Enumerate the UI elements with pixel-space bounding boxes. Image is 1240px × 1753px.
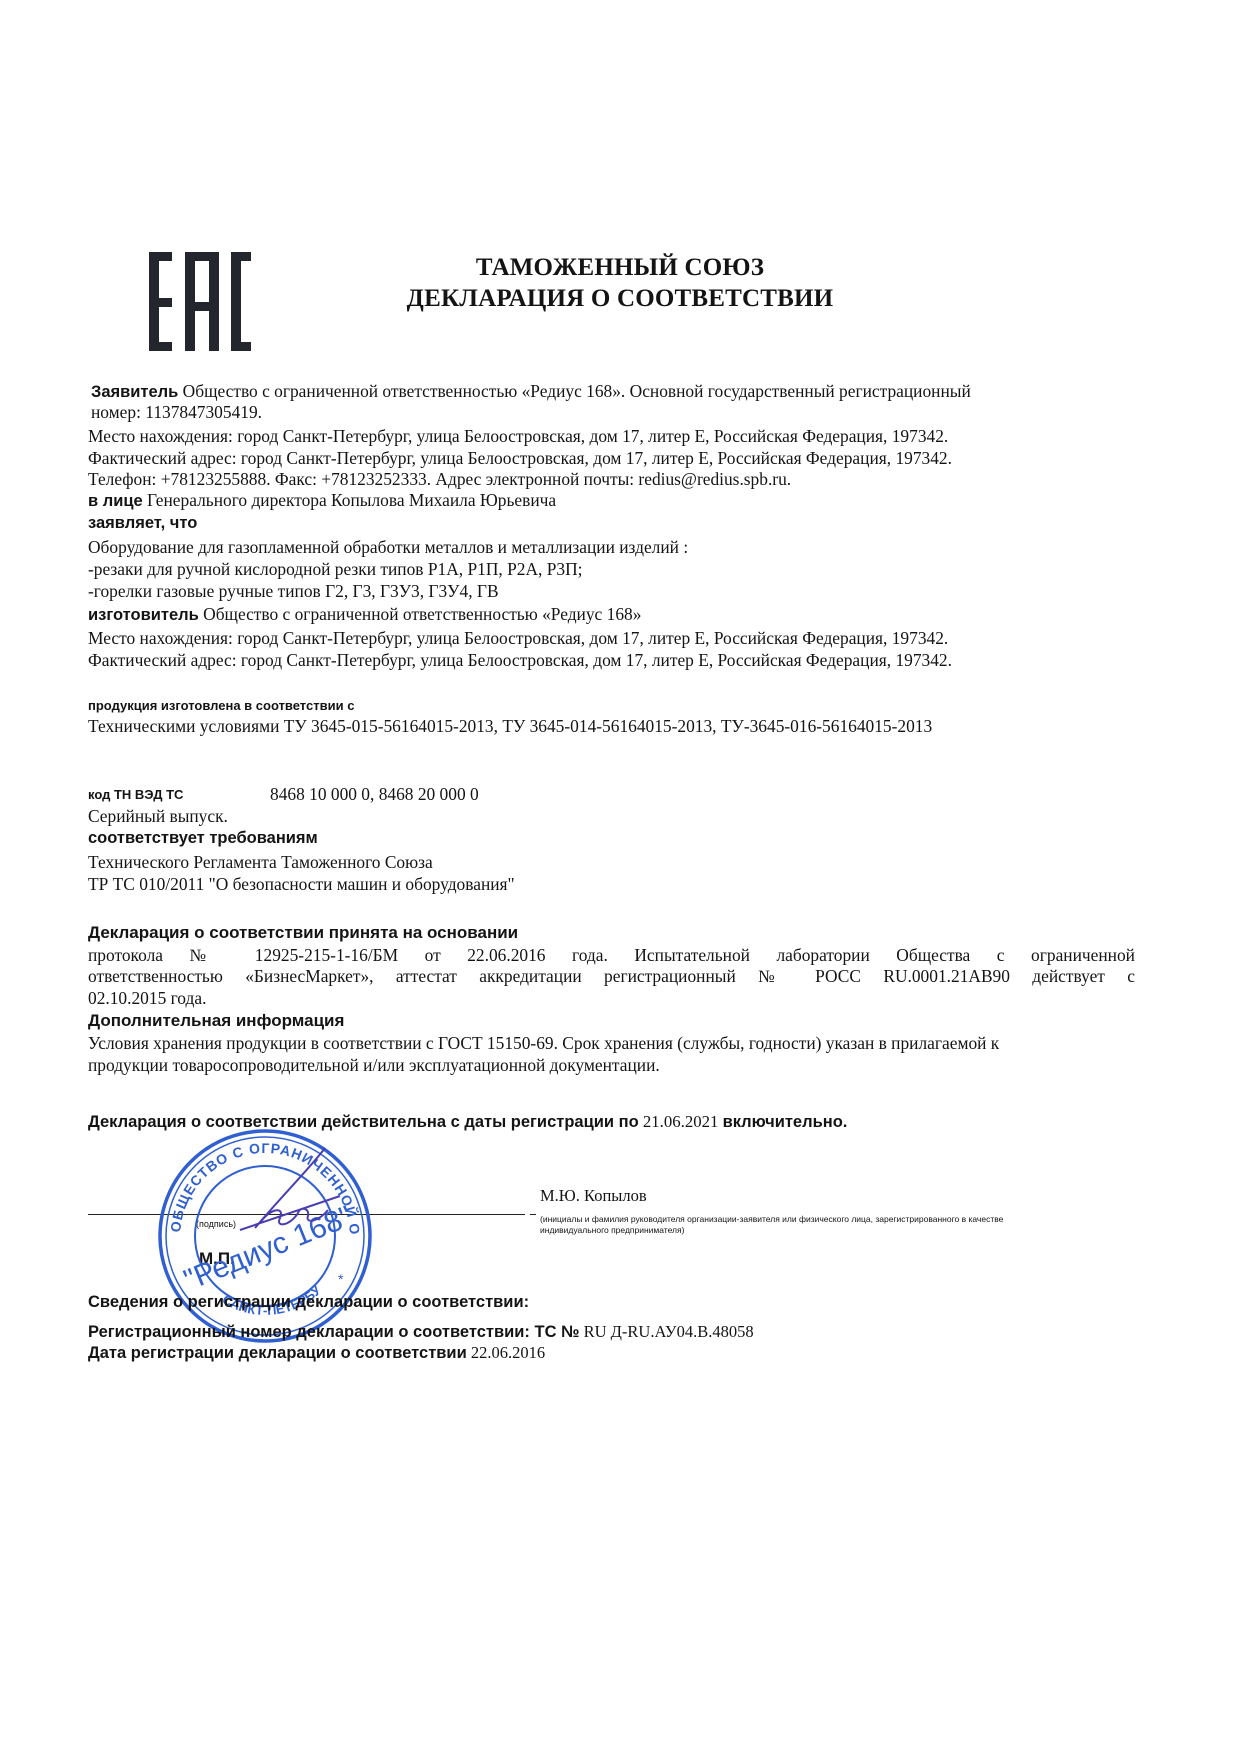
product-description: Оборудование для газопламенной обработки… [88,537,688,558]
requirements-line1: Технического Регламента Таможенного Союз… [88,852,433,873]
manufactured-per-label: продукция изготовлена в соответствии с [88,698,354,713]
registration-number-label: Регистрационный номер декларации о соотв… [88,1323,579,1341]
declares-label: заявляет, что [88,514,197,533]
requirements-line2: ТР ТС 010/2011 "О безопасности машин и о… [88,874,515,895]
registration-number-line: Регистрационный номер декларации о соотв… [88,1322,754,1342]
manufacturer-actual-address: Фактический адрес: город Санкт-Петербург… [88,650,952,671]
additional-info-line2: продукции товаросопроводительной и/или э… [88,1055,660,1076]
applicant-contacts: Телефон: +78123255888. Факс: +7812325233… [88,469,791,490]
applicant-label: Заявитель [91,383,178,401]
product-item-burners: -горелки газовые ручные типов Г2, Г3, Г3… [88,581,499,602]
product-item-cutters: -резаки для ручной кислородной резки тип… [88,559,582,580]
registration-date-value: 22.06.2016 [471,1343,545,1362]
basis-line1: протокола № 12925-215-1-16/БМ от 22.06.2… [88,945,1135,966]
signer-name: М.Ю. Копылов [540,1186,647,1206]
manufacturer-label: изготовитель [88,606,199,624]
tn-ved-label: код ТН ВЭД ТС [88,787,183,802]
applicant-ogrn: номер: 1137847305419. [91,402,262,423]
applicant-line: Заявитель Общество с ограниченной ответс… [91,381,971,402]
registration-heading: Сведения о регистрации декларации о соот… [88,1293,529,1312]
manufacturer-location: Место нахождения: город Санкт-Петербург,… [88,628,948,649]
requirements-label: соответствует требованиям [88,829,318,848]
represented-line: в лице Генерального директора Копылова М… [88,490,556,511]
signer-caption-line1: (инициалы и фамилия руководителя организ… [540,1214,1003,1225]
additional-info-line1: Условия хранения продукции в соответстви… [88,1033,999,1054]
validity-suffix: включительно. [723,1113,848,1131]
represented-label: в лице [88,492,143,510]
applicant-name: Общество с ограниченной ответственностью… [183,381,971,401]
manufacturer-line: изготовитель Общество с ограниченной отв… [88,604,641,625]
eac-logo-icon [147,250,252,353]
registration-date-line: Дата регистрации декларации о соответств… [88,1343,545,1363]
tn-ved-value: 8468 10 000 0, 8468 20 000 0 [270,784,479,805]
signature-line-tail [530,1214,536,1215]
basis-label: Декларация о соответствии принята на осн… [88,923,518,943]
registration-date-label: Дата регистрации декларации о соответств… [88,1344,467,1362]
serial-production: Серийный выпуск. [88,806,228,827]
signer-caption-line2: индивидуального предпринимателя) [540,1225,684,1236]
additional-info-label: Дополнительная информация [88,1011,344,1031]
company-stamp-icon: ОБЩЕСТВО С ОГРАНИЧЕННОЙ ОТВЕТСТВЕННОСТЬЮ… [150,1118,380,1348]
title-declaration: ДЕКЛАРАЦИЯ О СООТВЕТСТВИИ [360,285,880,313]
validity-date: 21.06.2021 [643,1112,719,1131]
applicant-location: Место нахождения: город Санкт-Петербург,… [88,426,948,447]
registration-number-value: RU Д-RU.АУ04.В.48058 [584,1322,754,1341]
applicant-actual-address: Фактический адрес: город Санкт-Петербург… [88,448,952,469]
basis-line2: ответственностью «БизнесМаркет», аттеста… [88,966,1135,987]
represented-by: Генерального директора Копылова Михаила … [147,490,556,510]
manufacturer-name: Общество с ограниченной ответственностью… [203,604,641,624]
technical-conditions: Техническими условиями ТУ 3645-015-56164… [88,716,932,737]
svg-text:*: * [338,1271,344,1287]
title-customs-union: ТАМОЖЕННЫЙ СОЮЗ [360,254,880,282]
basis-line3: 02.10.2015 года. [88,988,206,1009]
